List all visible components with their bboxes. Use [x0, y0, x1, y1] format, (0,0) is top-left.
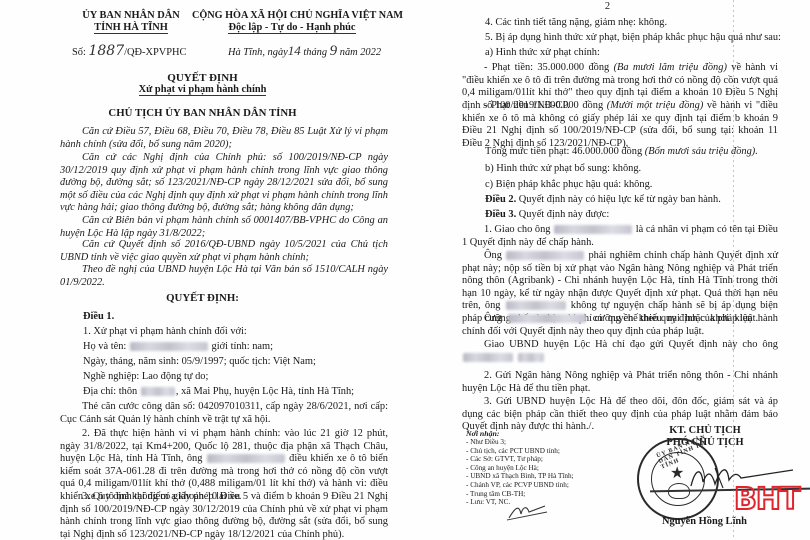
article-1-item-3: 3. Quy định tại điểm a khoản 10 Điều 5 v…: [60, 491, 388, 540]
document-number: Số: 1887/QĐ-XPVPHC: [72, 45, 186, 60]
national-motto: Độc lập - Tự do - Hạnh phúc: [192, 22, 392, 34]
bht-watermark-logo: BHT: [734, 485, 799, 515]
decision-heading: QUYẾT ĐỊNH:: [0, 292, 405, 304]
legal-basis-1: Căn cứ Điều 57, Điều 68, Điều 70, Điều 7…: [60, 126, 388, 151]
total-fine: Tổng mức tiền phạt: 46.000.000 đồng (Bốn…: [485, 146, 758, 159]
recipient-item: - Công an huyện Lộc Hà;: [466, 464, 574, 473]
article-3-item-1: 1. Giao cho ông là cá nhân vi phạm có tê…: [462, 224, 778, 249]
violator-name: Họ và tên: giới tính: nam;: [83, 341, 273, 354]
recipients-list: - Như Điều 3; - Chủ tịch, các PCT UBND t…: [466, 438, 574, 507]
redacted-name: [506, 251, 584, 260]
violator-address: Địa chỉ: thôn , xã Mai Phụ, huyện Lộc Hà…: [83, 386, 354, 399]
issue-date: Hà Tĩnh, ngày14 tháng 9 năm 2022: [228, 45, 381, 60]
violator-dob: Ngày, tháng, năm sinh: 05/9/1997; quốc t…: [83, 356, 316, 369]
authority-heading: CHỦ TỊCH ỦY BAN NHÂN DÂN TỈNH: [0, 107, 405, 119]
item-5a: a) Hình thức xử phạt chính:: [485, 47, 600, 60]
handwritten-number: 1887: [88, 43, 124, 59]
initial-signature: [505, 500, 550, 522]
redacted-hamlet: [141, 387, 175, 396]
recipient-item: - Như Điều 3;: [466, 438, 574, 447]
issuing-org: ỦY BAN NHÂN DÂN TỈNH HÀ TĨNH: [72, 10, 190, 33]
article-3-appeal-right: Ông có quyền khiếu nại hoặc khởi kiện hà…: [462, 313, 778, 338]
recipient-item: - Chánh VP, các PCVP UBND tỉnh;: [466, 481, 574, 490]
article-3-delivery: Giao UBND huyện Lộc Hà chỉ đạo gửi Quyết…: [462, 339, 778, 364]
legal-basis-5: Theo đề nghị của UBND huyện Lộc Hà tại V…: [60, 264, 388, 289]
recipients-heading: Nơi nhận:: [466, 429, 499, 438]
item-5: 5. Bị áp dụng hình thức xử phạt, biện ph…: [485, 32, 781, 45]
recipient-item: - Các Sở: GTVT, Tư pháp;: [466, 455, 574, 464]
page-number: 2: [405, 1, 810, 14]
decision-page-1: ỦY BAN NHÂN DÂN TỈNH HÀ TĨNH CỘNG HÒA XÃ…: [0, 0, 405, 540]
legal-basis-2: Căn cứ các Nghị định của Chính phủ: số 1…: [60, 152, 388, 215]
document-title: QUYẾT ĐỊNH: [0, 72, 405, 84]
redacted-name: [508, 314, 586, 323]
national-header: CỘNG HÒA XÃ HỘI CHỦ NGHĨA VIỆT NAM Độc l…: [192, 10, 392, 33]
article-2: Điều 2. Quyết định này có hiệu lực kể từ…: [485, 194, 721, 207]
article-3-item-2: 2. Gửi Ngân hàng Nông nghiệp và Phát tri…: [462, 370, 778, 395]
decision-page-2: 2 4. Các tình tiết tăng nặng, giảm nhẹ: …: [405, 0, 810, 540]
redacted-name: [506, 301, 566, 310]
item-5c: c) Biện pháp khắc phục hậu quả: không.: [485, 179, 652, 192]
redacted-name: [130, 342, 208, 351]
redacted-name: [518, 353, 544, 362]
fine-2: - Phạt tiền 11.000.000 đồng (Mười một tr…: [462, 100, 778, 150]
recipient-item: - UBND xã Thạch Bình, TP Hà Tĩnh;: [466, 472, 574, 481]
legal-basis-3: Căn cứ Biên bản vi phạm hành chính số 00…: [60, 215, 388, 240]
redacted-name: [463, 353, 513, 362]
article-3: Điều 3. Quyết định này được:: [485, 209, 609, 222]
org-line-1: ỦY BAN NHÂN DÂN: [72, 10, 190, 22]
redacted-name: [207, 454, 285, 463]
article-1-item-1: 1. Xử phạt vi phạm hành chính đối với:: [83, 326, 247, 339]
legal-basis-4: Căn cứ Quyết định số 2016/QĐ-UBND ngày 1…: [60, 239, 388, 264]
redacted-name: [554, 225, 632, 234]
country-name: CỘNG HÒA XÃ HỘI CHỦ NGHĨA VIỆT NAM: [192, 10, 392, 22]
org-line-2: TỈNH HÀ TĨNH: [72, 22, 190, 34]
scan-fold-line: [733, 0, 734, 540]
document-subtitle: Xử phạt vi phạm hành chính: [0, 84, 405, 97]
item-4: 4. Các tình tiết tăng nặng, giảm nhẹ: kh…: [485, 17, 667, 30]
item-5b: b) Hình thức xử phạt bổ sung: không.: [485, 163, 641, 176]
recipient-item: - Trung tâm CB-TH;: [466, 490, 574, 499]
article-1-heading: Điều 1.: [83, 311, 114, 324]
recipient-item: - Chủ tịch, các PCT UBND tỉnh;: [466, 447, 574, 456]
signer-name: Nguyễn Hồng Lĩnh: [662, 516, 747, 527]
violator-occupation: Nghề nghiệp: Lao động tự do;: [83, 371, 208, 384]
violator-id-card: Thẻ căn cước công dân số: 042097010311, …: [60, 401, 388, 426]
